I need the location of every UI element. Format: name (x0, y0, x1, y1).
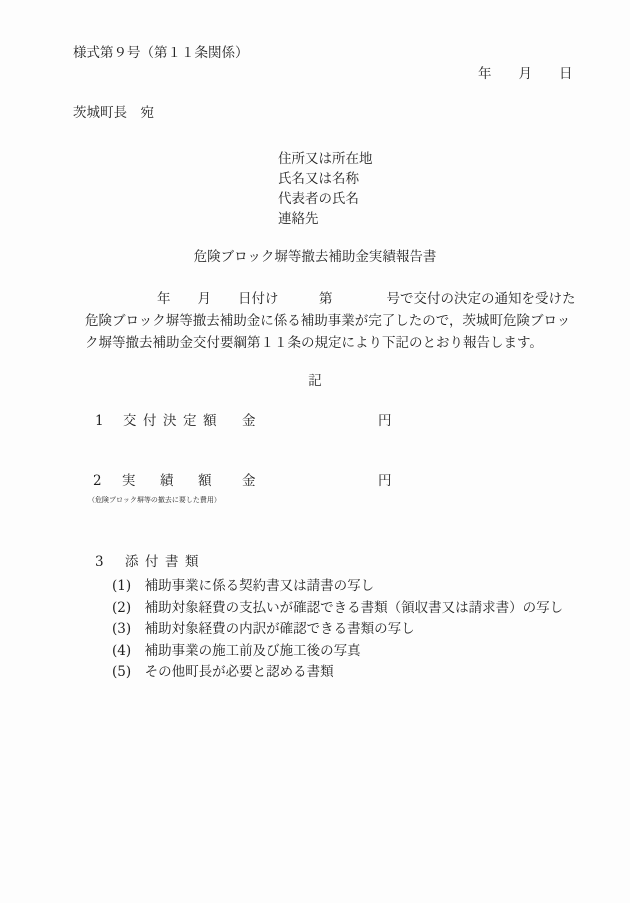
body-line-3: ク塀等撤去補助金交付要綱第１１条の規定により下記のとおり報告します。 (85, 336, 543, 352)
attachment-item: (3) 補助対象経費の内訳が確認できる書類の写し (112, 620, 563, 642)
form-number: 様式第９号（第１１条関係） (73, 46, 249, 62)
item-1-amount-prefix: 金 (242, 414, 256, 430)
item-2-amount-suffix: 円 (378, 474, 392, 490)
field-contact-label: 連絡先 (278, 209, 373, 229)
item-2-number: 2 (93, 474, 102, 490)
attachment-list: (1) 補助事業に係る契約書又は請書の写し (2) 補助対象経費の支払いが確認で… (112, 577, 563, 685)
record-marker: 記 (0, 374, 630, 390)
date-line: 年 月 日 (478, 67, 573, 83)
field-address-label: 住所又は所在地 (278, 149, 373, 169)
body-line-1: 年 月 日付け 第 号で交付の決定の通知を受けた (157, 292, 576, 308)
item-3-number: 3 (95, 555, 104, 571)
field-representative-label: 代表者の氏名 (278, 189, 373, 209)
addressee: 茨城町長 宛 (73, 106, 154, 122)
item-2-note: （危険ブロック塀等の撤去に要した費用） (88, 496, 221, 504)
item-1-number: 1 (95, 414, 104, 430)
attachment-item: (4) 補助事業の施工前及び施工後の写真 (112, 642, 563, 664)
attachment-item: (2) 補助対象経費の支払いが確認できる書類（領収書又は請求書）の写し (112, 599, 563, 621)
item-2-amount-prefix: 金 (242, 474, 256, 490)
attachment-item: (1) 補助事業に係る契約書又は請書の写し (112, 577, 563, 599)
field-name-label: 氏名又は名称 (278, 169, 373, 189)
item-1-label: 交付決定額 (123, 414, 223, 430)
document-title: 危険ブロック塀等撤去補助金実績報告書 (0, 250, 630, 266)
item-1-amount-suffix: 円 (378, 414, 392, 430)
item-3-label: 添付書類 (125, 555, 205, 571)
body-line-2: 危険ブロック塀等撤去補助金に係る補助事業が完了したので，茨城町危険ブロッ (85, 314, 570, 330)
attachment-item: (5) その他町長が必要と認める書類 (112, 663, 563, 685)
item-2-label: 実績額 (122, 474, 236, 490)
document-page: 様式第９号（第１１条関係） 年 月 日 茨城町長 宛 住所又は所在地 氏名又は名… (0, 0, 630, 903)
applicant-fields: 住所又は所在地 氏名又は名称 代表者の氏名 連絡先 (278, 149, 373, 229)
